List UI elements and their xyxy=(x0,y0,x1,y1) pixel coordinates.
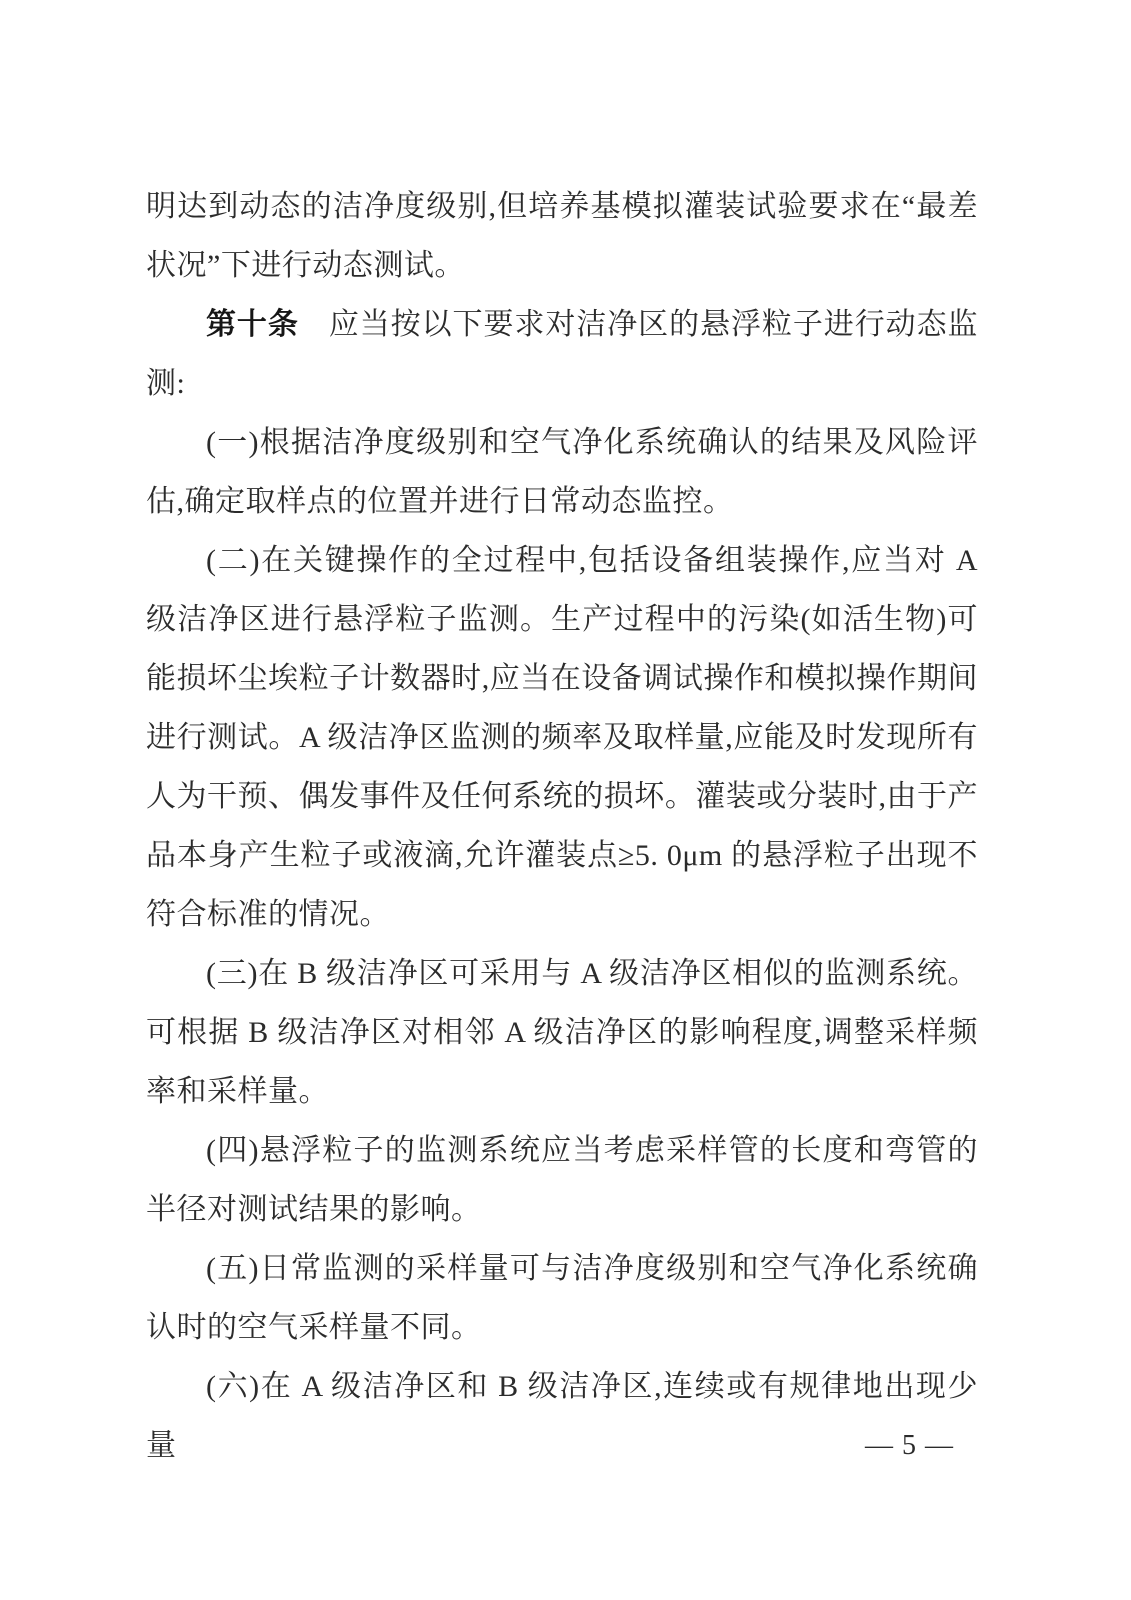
page-number: — 5 — xyxy=(146,1430,978,1462)
paragraph-continuation: 明达到动态的洁净度级别,但培养基模拟灌装试验要求在“最差状况”下进行动态测试。 xyxy=(146,177,978,295)
paragraph-item-4: (四)悬浮粒子的监测系统应当考虑采样管的长度和弯管的半径对测试结果的影响。 xyxy=(146,1121,978,1239)
paragraph-item-2: (二)在关键操作的全过程中,包括设备组装操作,应当对 A 级洁净区进行悬浮粒子监… xyxy=(146,531,978,944)
document-body: 明达到动态的洁净度级别,但培养基模拟灌装试验要求在“最差状况”下进行动态测试。 … xyxy=(146,177,978,1475)
paragraph-article-10: 第十条应当按以下要求对洁净区的悬浮粒子进行动态监测: xyxy=(146,295,978,413)
document-page: 明达到动态的洁净度级别,但培养基模拟灌装试验要求在“最差状况”下进行动态测试。 … xyxy=(0,0,1131,1600)
paragraph-item-1: (一)根据洁净度级别和空气净化系统确认的结果及风险评估,确定取样点的位置并进行日… xyxy=(146,413,978,531)
paragraph-item-3: (三)在 B 级洁净区可采用与 A 级洁净区相似的监测系统。可根据 B 级洁净区… xyxy=(146,944,978,1121)
paragraph-item-5: (五)日常监测的采样量可与洁净度级别和空气净化系统确认时的空气采样量不同。 xyxy=(146,1239,978,1357)
article-10-label: 第十条 xyxy=(206,308,299,341)
